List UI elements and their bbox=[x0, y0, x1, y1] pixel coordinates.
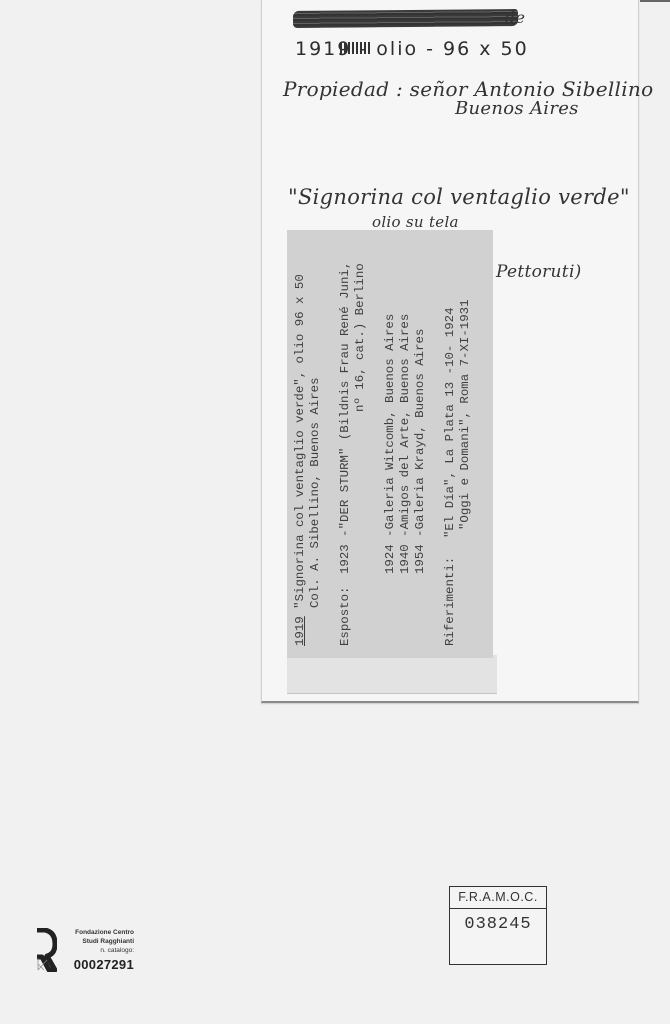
handwritten-artist: Pettoruti) bbox=[496, 262, 582, 282]
institution-label: Fondazione Centro Studi Ragghianti n. ca… bbox=[62, 928, 134, 955]
references-label: Riferimenti: bbox=[443, 557, 458, 646]
card-year: 1919 bbox=[293, 616, 307, 646]
framoc-stamp: F.R.A.M.O.C. 038245 bbox=[449, 886, 547, 965]
exhibition-row: 1954 -Galeria Krayd, Buenos Aires bbox=[413, 329, 428, 574]
card-title: "Signorina col ventaglio verde", olio 96… bbox=[293, 274, 307, 616]
scan-edge bbox=[640, 0, 670, 2]
stamp-number: 038245 bbox=[450, 915, 546, 934]
card-collection: Col. A. Sibellino, Buenos Aires bbox=[308, 377, 323, 608]
exhibited-label: Esposto: bbox=[338, 587, 353, 647]
card-lower-strip bbox=[287, 655, 497, 694]
handwritten-medium: olio su tela bbox=[372, 213, 459, 231]
reference-row: "El Día", La Plata 13 -10- 1924 bbox=[443, 307, 458, 538]
stamp-header: F.R.A.M.O.C. bbox=[450, 887, 546, 909]
handwritten-date-size: 1919 - olio - 96 x 50 bbox=[295, 38, 529, 60]
ragghianti-r-logo-icon bbox=[35, 928, 57, 972]
crossed-out-title bbox=[293, 9, 518, 28]
catalog-label: n. catalogo: bbox=[62, 946, 134, 955]
handwritten-title: "Signorina col ventaglio verde" bbox=[288, 185, 630, 209]
crossed-out-tail: de bbox=[505, 8, 525, 27]
reference-row: "Oggi e Domani", Roma 7-XI-1931 bbox=[458, 299, 473, 530]
exhibition-row: 1924 -Galeria Witcomb, Buenos Aires bbox=[383, 314, 398, 574]
catalog-number: 00027291 bbox=[62, 957, 134, 972]
strikethrough-mark bbox=[340, 42, 372, 54]
card-title-line: 1919 "Signorina col ventaglio verde", ol… bbox=[293, 274, 308, 646]
exhibition-row: 1923 -"DER STURM" (Bildnis Frau René Jun… bbox=[338, 262, 353, 574]
typed-card: 1919 "Signorina col ventaglio verde", ol… bbox=[287, 230, 493, 658]
exhibition-row: 1940 -Amigos del Arte, Buenos Aires bbox=[398, 314, 413, 574]
handwritten-city: Buenos Aires bbox=[455, 98, 579, 119]
exhibition-row-cont: nº 16, cat.) Berlino bbox=[353, 263, 368, 412]
